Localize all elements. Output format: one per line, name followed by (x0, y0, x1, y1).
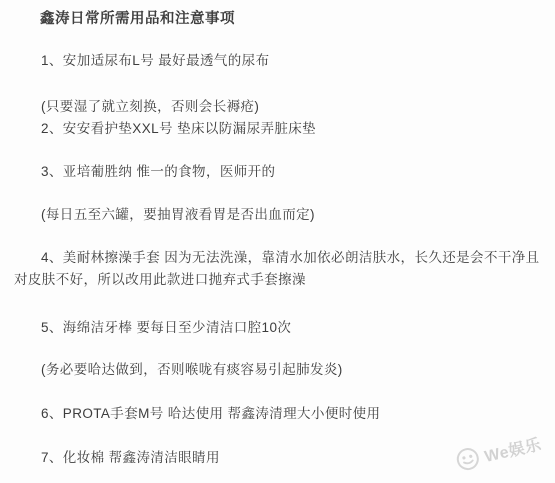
document-page: 鑫涛日常所需用品和注意事项 1、安加适尿布L号 最好最透气的尿布 (只要湿了就立… (0, 0, 555, 483)
list-item-1: 1、安加适尿布L号 最好最透气的尿布 (14, 50, 547, 72)
list-item-4: 4、美耐林擦澡手套 因为无法洗澡，靠清水加依必朗洁肤水，长久还是会不干净且对皮肤… (14, 247, 547, 291)
list-item-3: 3、亚培葡胜纳 惟一的食物，医师开的 (14, 161, 547, 183)
note-after-item-5: (务必要哈达做到，否则喉咙有痰容易引起肺发炎) (14, 359, 547, 381)
list-item-5: 5、海绵洁牙棒 要每日至少清洁口腔10次 (14, 317, 547, 339)
page-title: 鑫涛日常所需用品和注意事项 (40, 8, 547, 30)
list-item-6: 6、PROTA手套M号 哈达使用 帮鑫涛清理大小便时使用 (14, 403, 547, 425)
list-item-2: 2、安安看护垫XXL号 垫床以防漏尿弄脏床垫 (14, 118, 547, 140)
note-after-item-3: (每日五至六罐，要抽胃液看胃是否出血而定) (14, 204, 547, 226)
note-after-item-1: (只要湿了就立刻换，否则会长褥疮) (14, 96, 547, 118)
